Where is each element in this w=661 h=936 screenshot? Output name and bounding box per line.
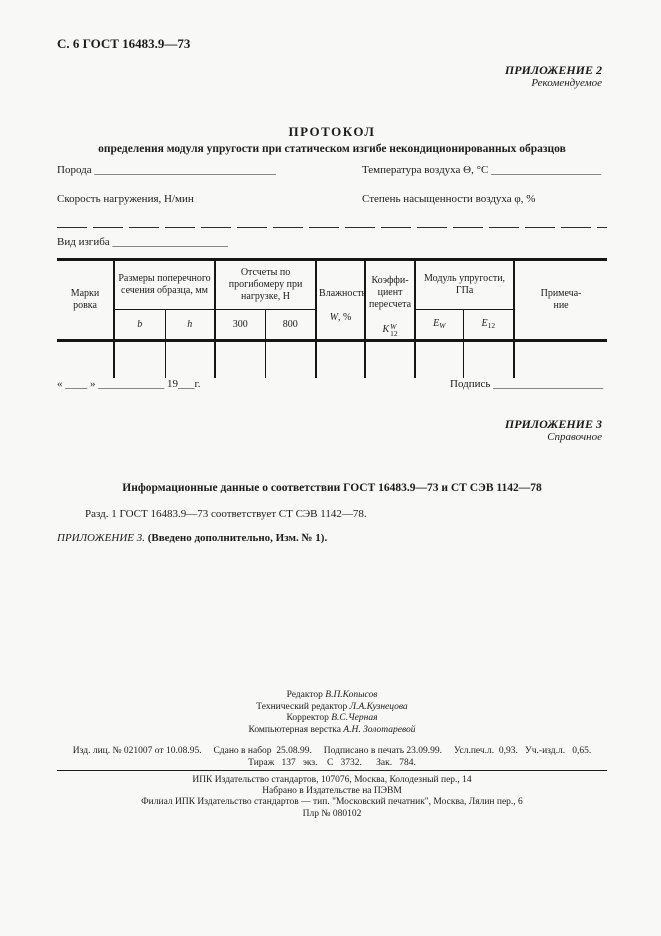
credit-technical-editor: Технический редактор Л.А.Кузнецова [57,702,607,714]
credit-corrector: Корректор В.С.Черная [57,713,607,725]
field-speed: Скорость нагружения, Н/мин [57,193,194,205]
field-temperature: Температура воздуха Θ, °С ______________… [362,164,601,176]
col-header-humidity: Влажность W, % [316,260,365,341]
field-saturation: Степень насыщенности воздуха φ, % [362,193,535,205]
appendix-3-note-italic: ПРИЛОЖЕНИЕ 3. [57,532,145,544]
publisher-block: ИПК Издательство стандартов, 107076, Мос… [57,775,607,820]
col-header-coefficient: Коэффи- циент пересчета KW12 [365,260,415,341]
results-table: Марки ровка Размеры поперечного сечения … [57,258,607,378]
col-header-marking: Марки ровка [57,260,114,341]
publisher-address: ИПК Издательство стандартов, 107076, Мос… [57,775,607,786]
credits-block: Редактор В.П.Копысов Технический редакто… [57,690,607,736]
empty-data-row [57,341,607,379]
subcol-300: 300 [215,310,265,341]
appendix-3-subtitle: Справочное [505,431,602,444]
appendix-3-note: ПРИЛОЖЕНИЕ 3. (Введено дополнительно, Из… [57,532,327,544]
cell-marking [57,341,114,379]
coefficient-label: Коэффи- циент пересчета [369,275,411,310]
publisher-license: Плр № 080102 [57,809,607,820]
blank-rule-line [57,227,607,228]
appendix-3-note-bold: (Введено дополнительно, Изм. № 1). [148,532,327,544]
cell-coefficient [365,341,415,379]
imprint-line-1: Изд. лиц. № 021007 от 10.08.95. Сдано в … [57,746,607,758]
cell-ew [415,341,463,379]
cell-note [514,341,607,379]
protocol-heading: ПРОТОКОЛ определения модуля упругости пр… [57,124,607,155]
subcol-e12: E12 [463,310,514,341]
protocol-table: Марки ровка Размеры поперечного сечения … [57,258,607,378]
page-content: С. 6 ГОСТ 16483.9—73 ПРИЛОЖЕНИЕ 2 Рекоме… [57,0,607,936]
document-page: С. 6 ГОСТ 16483.9—73 ПРИЛОЖЕНИЕ 2 Рекоме… [0,0,661,936]
coefficient-formula: KW12 [382,323,397,338]
imprint-line-2: Тираж 137 экз. С 3732. Зак. 784. [57,758,607,770]
field-vid-izgiba: Вид изгиба _____________________ [57,236,228,248]
signature-blank: Подпись ____________________ [450,378,603,390]
subcol-ew: EW [415,310,463,341]
info-line-1: Разд. 1 ГОСТ 16483.9—73 соответствует СТ… [85,508,367,520]
cell-b [114,341,165,379]
appendix-3-block: ПРИЛОЖЕНИЕ 3 Справочное [505,418,602,443]
cell-e12 [463,341,514,379]
publisher-branch: Филиал ИПК Издательство стандартов — тип… [57,797,607,808]
subcol-h: h [165,310,215,341]
col-header-modulus: Модуль упругости, ГПа [415,260,514,310]
humidity-label: Влажность [319,288,366,299]
subcol-800: 800 [265,310,316,341]
col-header-dimensions: Размеры поперечного сечения образца, мм [114,260,215,310]
humidity-symbol: W [330,312,338,323]
cell-humidity [316,341,365,379]
appendix-2-title: ПРИЛОЖЕНИЕ 2 [505,64,602,77]
humidity-unit: , % [338,312,351,323]
cell-h [165,341,215,379]
appendix-2-subtitle: Рекомендуемое [505,77,602,90]
imprint-divider [57,770,607,771]
cell-800 [265,341,316,379]
appendix-2-block: ПРИЛОЖЕНИЕ 2 Рекомендуемое [505,64,602,89]
field-poroda: Порода _________________________________ [57,164,276,176]
imprint-block: Изд. лиц. № 021007 от 10.08.95. Сдано в … [57,746,607,769]
subcol-b: b [114,310,165,341]
protocol-title: ПРОТОКОЛ [57,124,607,140]
date-blank: « ____ » ____________ 19___г. [57,378,201,390]
col-header-readings: Отсчеты по прогибомеру при нагрузке, Н [215,260,316,310]
publisher-typeset: Набрано в Издательстве на ПЭВМ [57,786,607,797]
appendix-3-title: ПРИЛОЖЕНИЕ 3 [505,418,602,431]
cell-300 [215,341,265,379]
credit-layout: Компьютерная верстка А.Н. Золотаревой [57,725,607,737]
col-header-note: Примеча- ние [514,260,607,341]
info-heading: Информационные данные о соответствии ГОС… [57,482,607,494]
credit-editor: Редактор В.П.Копысов [57,690,607,702]
page-header: С. 6 ГОСТ 16483.9—73 [57,36,190,52]
protocol-subtitle: определения модуля упругости при статиче… [57,143,607,155]
